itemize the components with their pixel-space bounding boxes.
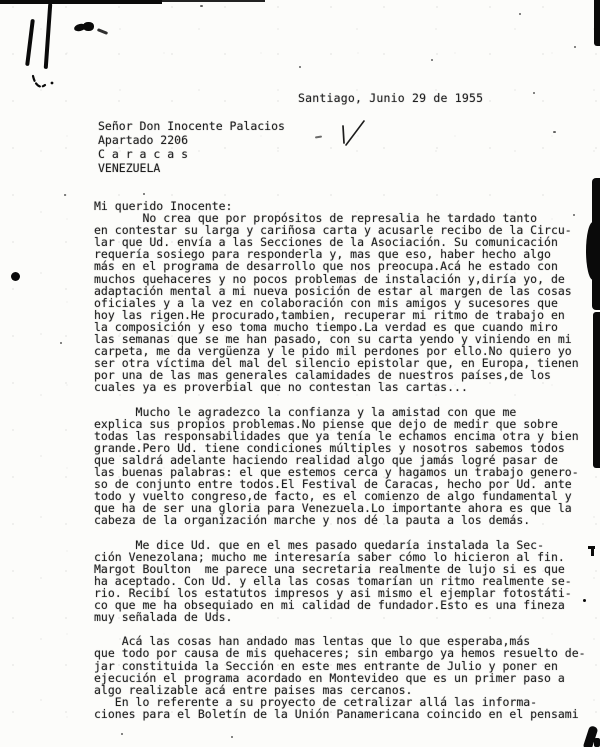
scan-edge-bar-top-thin: [160, 0, 265, 2]
scan-speck: [519, 13, 521, 15]
pen-stroke-mark: [25, 19, 35, 66]
recipient-address-block: Señor Don Inocente PalaciosApartado 2206…: [98, 119, 285, 175]
scan-speck: [431, 59, 433, 61]
scan-edge-streak-right: [594, 0, 600, 46]
scan-speck: [143, 193, 145, 195]
recipient-city: C a r a c a s: [98, 147, 285, 161]
scan-speck: [553, 131, 556, 133]
handwritten-checkmark-icon: [334, 114, 370, 150]
scanned-letter-page: Santiago, Junio 29 de 1955 Señor Don Ino…: [0, 0, 600, 747]
scan-edge-bar-top: [0, 0, 162, 4]
scan-speck: [121, 733, 123, 735]
recipient-country: VENEZUELA: [98, 161, 285, 175]
scan-speck: [583, 599, 586, 602]
recipient-po-box: Apartado 2206: [98, 133, 285, 147]
pen-curl-mark: [30, 72, 60, 94]
scan-edge-tick: [591, 549, 594, 556]
ink-blob-mark: [83, 22, 94, 31]
scan-edge-streak-right: [586, 222, 600, 280]
scan-speck: [533, 92, 535, 94]
scan-speck: [573, 214, 575, 216]
recipient-name: Señor Don Inocente Palacios: [98, 119, 285, 133]
scan-speck: [574, 46, 576, 48]
scan-speck: [60, 342, 62, 344]
pen-stroke-mark: [44, 3, 53, 69]
hole-punch-dot: [11, 272, 20, 281]
scan-edge-streak-right: [593, 312, 600, 468]
scan-speck: [315, 136, 322, 139]
letter-body: Mi querido Inocente: No crea que por pro…: [94, 200, 586, 720]
date-line: Santiago, Junio 29 de 1955: [298, 91, 483, 105]
corner-ink-blob: [594, 738, 600, 747]
scan-speck: [299, 66, 301, 68]
ink-blob-mark: [97, 28, 108, 35]
scan-speck: [200, 5, 203, 7]
scan-speck: [231, 736, 233, 738]
scan-speck: [64, 194, 66, 196]
